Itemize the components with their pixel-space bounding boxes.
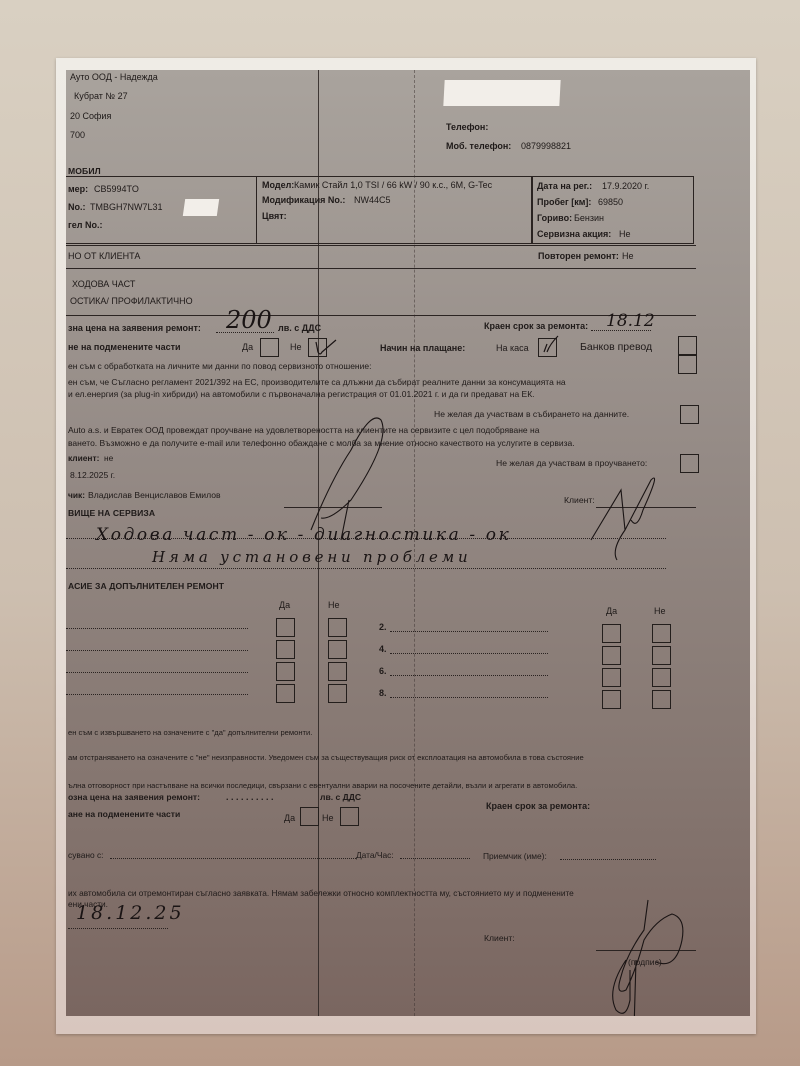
second-price-unit: лв. с ДДС — [320, 792, 361, 803]
vin-label: No.: — [68, 202, 86, 213]
second-price-dots: . . . . . . . . . . — [226, 792, 274, 803]
repair-item-number: 6. — [379, 666, 387, 677]
repair-item-number: 2. — [379, 622, 387, 633]
disclaimer-text: ам отстраняването на означените с "не" н… — [68, 752, 584, 763]
price-handwritten: 200 — [226, 306, 272, 334]
repair-no-checkbox[interactable] — [652, 690, 671, 709]
redacted-name — [443, 80, 560, 106]
second-parts-no-checkbox[interactable] — [340, 807, 359, 826]
parts-yes-checkbox[interactable] — [260, 338, 279, 357]
repair-item-line-left[interactable] — [66, 672, 248, 673]
repair-item-line-left[interactable] — [66, 694, 248, 695]
completion-date-handwritten: 18.12.25 — [76, 902, 185, 924]
second-parts-no-label: Не — [322, 813, 334, 824]
repair-item-number: 4. — [379, 644, 387, 655]
deadline-label: Краен срок за ремонта: — [484, 321, 588, 332]
agreed-label: сувано с: — [68, 850, 104, 861]
receiver-name-label: Приемчик (име): — [483, 851, 547, 862]
consent-checkbox[interactable] — [678, 355, 697, 374]
payment-bank-checkbox[interactable] — [678, 336, 697, 355]
datetime-dots — [400, 858, 470, 859]
repair-no-checkbox[interactable] — [328, 618, 347, 637]
second-price-label: озна цена на заявения ремонт: — [68, 792, 200, 803]
completion-text: их автомобила си отремонтиран съгласно з… — [68, 888, 574, 899]
request-item: ОСТИКА/ ПРОФИЛАКТИЧНО — [70, 296, 193, 307]
mobile-value: 0879998821 — [521, 141, 571, 152]
client-final-signature — [586, 900, 696, 1016]
repair-item-line-right[interactable] — [390, 675, 548, 676]
color-label: Цвят: — [262, 211, 287, 222]
divider — [66, 245, 696, 246]
reg-date-value: 17.9.2020 г. — [602, 181, 649, 192]
fuel-value: Бензин — [574, 213, 604, 224]
check-mark-icon — [312, 336, 342, 358]
no-survey-checkbox[interactable] — [680, 454, 699, 473]
model-value: Камик Стайл 1,0 TSI / 66 kW / 90 к.с., 6… — [294, 180, 492, 191]
regulation-text: ен съм, че Съгласно регламент 2021/392 н… — [68, 377, 566, 388]
company-city: 20 София — [70, 111, 111, 122]
reg-label: мер: — [68, 184, 88, 195]
personal-data-consent: ен съм с обработката на личните ми данни… — [68, 361, 371, 372]
repair-yes-checkbox[interactable] — [276, 662, 295, 681]
repair-yes-checkbox[interactable] — [602, 668, 621, 687]
repair-yes-checkbox[interactable] — [602, 646, 621, 665]
modification-label: Модификация No.: — [262, 195, 345, 206]
second-parts-yes-label: Да — [284, 813, 295, 824]
datetime-label: Дата/Час: — [356, 850, 394, 861]
repair-no-checkbox[interactable] — [652, 624, 671, 643]
no-data-collection-checkbox[interactable] — [680, 405, 699, 424]
repair-yes-checkbox[interactable] — [276, 640, 295, 659]
findings-handwritten: Няма установени проблеми — [152, 548, 471, 566]
second-deadline-label: Краен срок за ремонта: — [486, 801, 590, 812]
check-mark-icon — [538, 334, 560, 356]
redacted-vin — [183, 199, 219, 216]
repair-item-line-right[interactable] — [390, 653, 548, 654]
repair-yes-checkbox[interactable] — [276, 684, 295, 703]
repair-no-checkbox[interactable] — [652, 646, 671, 665]
repair-yes-checkbox[interactable] — [602, 624, 621, 643]
repair-no-checkbox[interactable] — [652, 668, 671, 687]
model-label: Модел: — [262, 180, 294, 191]
client-label: клиент: — [68, 453, 99, 464]
payment-label: Начин на плащане: — [380, 343, 465, 354]
repair-item-line-left[interactable] — [66, 628, 248, 629]
price-unit: лв. с ДДС — [278, 323, 321, 334]
yes-col-header: Да — [606, 606, 617, 617]
service-findings-title: ВИЩЕ НА СЕРВИЗА — [68, 508, 155, 519]
reg-date-label: Дата на рег.: — [537, 181, 592, 192]
mileage-label: Пробег [км]: — [537, 197, 591, 208]
modification-value: NW44C5 — [354, 195, 391, 206]
parts-label: не на подменените части — [68, 342, 181, 353]
mobile-label: Моб. телефон: — [446, 141, 511, 152]
receiver-name-dots — [560, 859, 656, 860]
repair-item-line-left[interactable] — [66, 650, 248, 651]
repair-no-checkbox[interactable] — [328, 662, 347, 681]
repeat-repair-label: Повторен ремонт: — [538, 251, 619, 262]
client-request-title: НО ОТ КЛИЕНТА — [68, 251, 140, 262]
payment-cash-label: На каса — [496, 343, 529, 354]
payment-bank-label: Банков превод — [580, 342, 652, 353]
order-date: 8.12.2025 г. — [70, 470, 115, 481]
completion-client-label: Клиент: — [484, 933, 515, 944]
phone-label: Телефон: — [446, 122, 488, 133]
repair-yes-checkbox[interactable] — [602, 690, 621, 709]
client-signature — [581, 470, 671, 560]
second-parts-yes-checkbox[interactable] — [300, 807, 319, 826]
company-postcode: 700 — [70, 130, 85, 141]
no-survey-label: Не желая да участвам в проучването: — [496, 458, 647, 469]
no-col-header: Не — [328, 600, 340, 611]
price-label: зна цена на заявения ремонт: — [68, 323, 201, 334]
completion-date-dots — [68, 928, 168, 929]
regulation-text: и ел.енергия (за plug-in хибриди) на авт… — [68, 389, 535, 400]
repeat-repair-value: Не — [622, 251, 634, 262]
additional-repair-title: АСИЕ ЗА ДОПЪЛНИТЕЛЕН РЕМОНТ — [68, 581, 224, 592]
repair-no-checkbox[interactable] — [328, 640, 347, 659]
client-value: не — [104, 453, 113, 464]
disclaimer-text: ълна отговорност при настъпване на всичк… — [68, 780, 577, 791]
yes-col-header: Да — [279, 600, 290, 611]
receiver-signature — [291, 400, 411, 540]
repair-item-line-right[interactable] — [390, 697, 548, 698]
service-action-label: Сервизна акция: — [537, 229, 611, 240]
divider — [66, 315, 696, 316]
receiver-value: Владислав Венциславов Емилов — [88, 490, 221, 501]
repair-item-number: 8. — [379, 688, 387, 699]
company-address: Кубрат № 27 — [74, 91, 128, 102]
service-action-value: Не — [619, 229, 631, 240]
no-data-collection-label: Не желая да участвам в събирането на дан… — [434, 409, 629, 420]
fuel-label: Гориво: — [537, 213, 572, 224]
deadline-handwritten: 18.12 — [606, 311, 655, 331]
reg-value: CB5994TO — [94, 184, 139, 195]
repair-no-checkbox[interactable] — [328, 684, 347, 703]
disclaimer-text: ен съм с извършването на означените с "д… — [68, 727, 312, 738]
printed-form: Ауто ООД - Надежда Кубрат № 27 20 София … — [66, 70, 750, 1016]
repair-item-line-right[interactable] — [390, 631, 548, 632]
parts-no-label: Не — [290, 342, 302, 353]
second-parts-label: ане на подменените части — [68, 809, 180, 820]
request-item: ХОДОВА ЧАСТ — [72, 279, 135, 290]
repair-yes-checkbox[interactable] — [276, 618, 295, 637]
vin-value: TMBGH7NW7L31 — [90, 202, 163, 213]
divider — [66, 268, 696, 269]
receiver-label: чик: — [68, 490, 85, 501]
no-col-header: Не — [654, 606, 666, 617]
findings-line — [66, 568, 666, 569]
engine-label: гел No.: — [68, 220, 102, 231]
company-name: Ауто ООД - Надежда — [70, 72, 158, 83]
findings-handwritten: Ходова част - ок - диагностика - ок — [96, 525, 511, 545]
parts-yes-label: Да — [242, 342, 253, 353]
agreed-dots — [110, 858, 356, 859]
mileage-value: 69850 — [598, 197, 623, 208]
